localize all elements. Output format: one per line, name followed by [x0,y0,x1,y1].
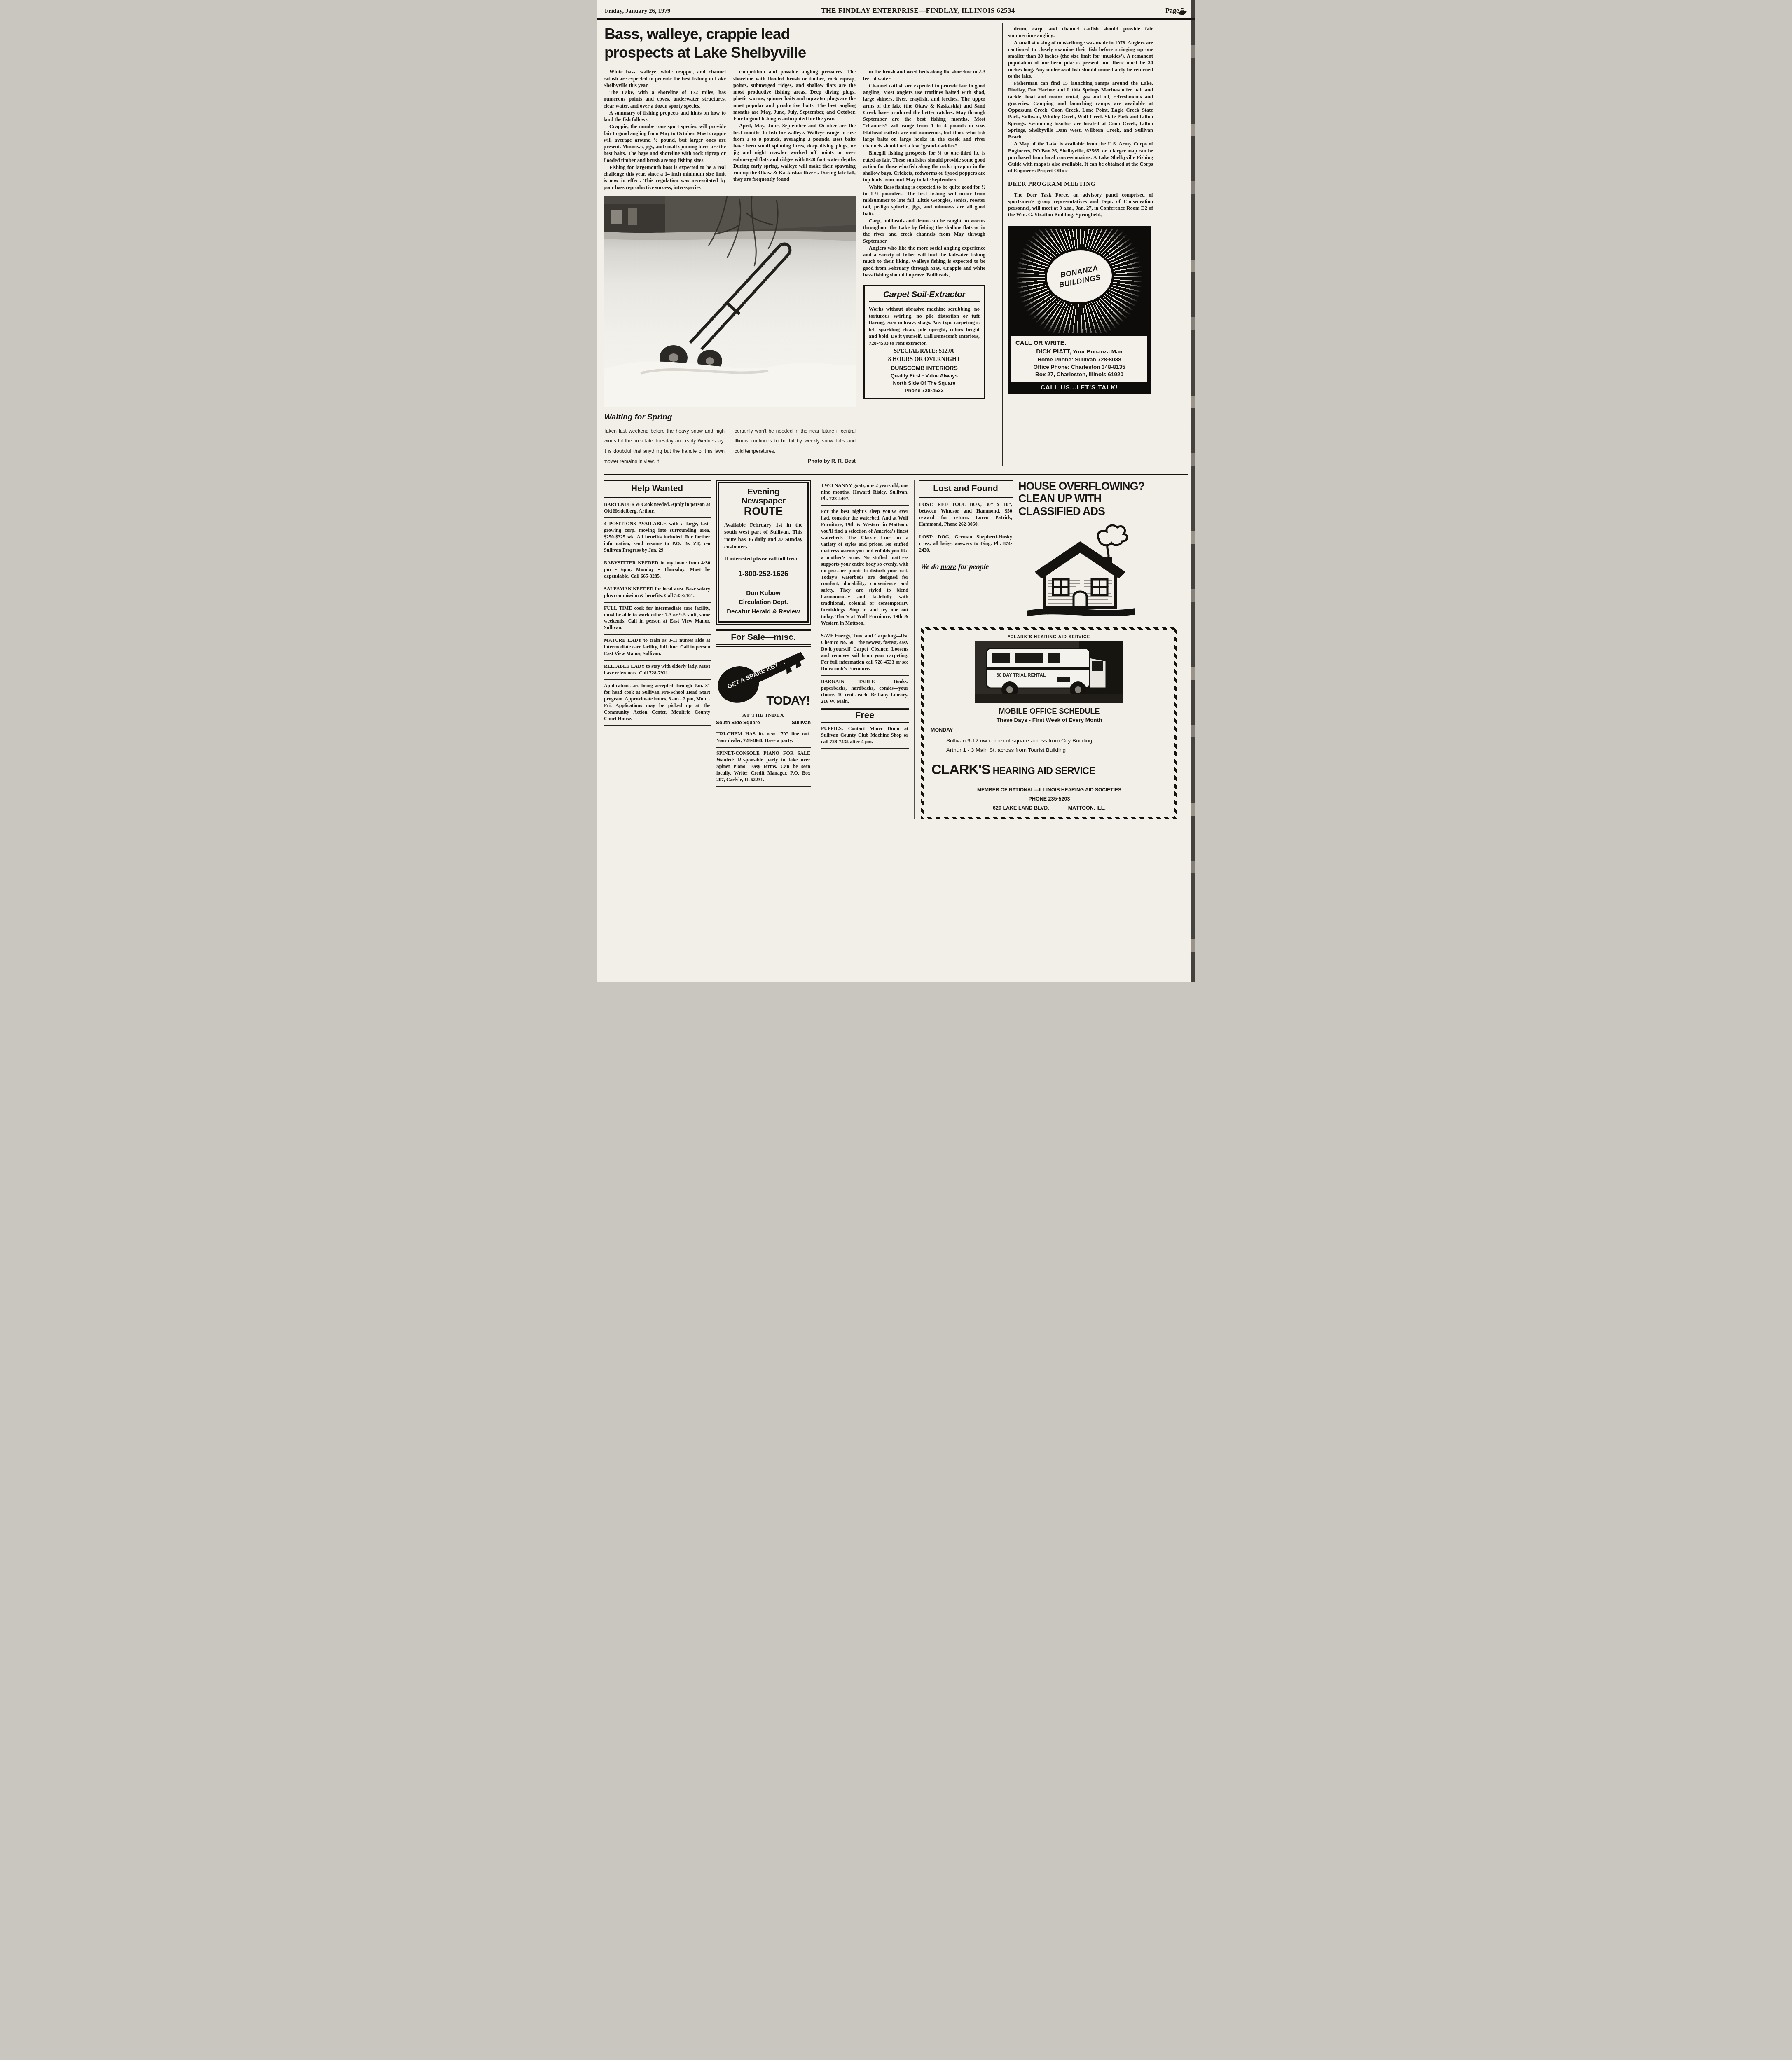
paragraph: The Lake, with a shoreline of 172 miles,… [604,89,726,109]
help-wanted-header: Help Wanted [604,480,711,498]
classified-ad: FULL TIME cook for intermediate care fac… [604,603,711,635]
clarks-schedule-subtitle: These Days - First Week of Every Month [931,717,1168,723]
classified-right-group: Lost and Found LOST: RED TOOL BOX, 30” x… [914,480,1188,819]
free-section-header: Free [821,709,909,723]
mobile-office-van-icon: 30 DAY TRIAL RENTAL [975,641,1123,703]
classified-ad: SPINET-CONSOLE PIANO FOR SALE Wanted: Re… [716,748,811,787]
bonanza-contact-box: CALL OR WRITE: DICK PIATT, Your Bonanza … [1011,336,1147,382]
carpet-ad-name: DUNSCOMB INTERIORS [869,365,980,371]
classified-ad: LOST: DOG, German Shepherd-Husky cross, … [919,531,1013,557]
paragraph: A small stocking of muskellunge was made… [1008,40,1153,80]
we-do-more-slogan: We do more for people [920,562,1013,571]
article-column-3: in the brush and weed beds along the sho… [863,68,985,466]
clarks-hearing-aid-ad: *CLARK'S HEARING AID SERVICE 30 DAY TRIA… [921,627,1177,819]
newspaper-page: Friday, January 26, 1979 THE FINDLAY ENT… [597,0,1195,982]
bonanza-tagline: CALL US...LET'S TALK! [1011,382,1147,392]
clarks-phone: PHONE 235-5203 [931,796,1168,802]
route-ad-sig-dept: Circulation Dept. [724,598,802,607]
paragraph: Anglers who like the more social angling… [863,245,985,278]
slogan-more: more [940,562,957,571]
clarks-van-label: *CLARK'S HEARING AID SERVICE [931,634,1168,639]
bonanza-home-phone: Home Phone: Sullivan 728-8088 [1015,356,1143,363]
carpet-soil-extractor-ad: Carpet Soil-Extractor Works without abra… [863,285,985,399]
for-sale-column: Evening Newspaper ROUTE Available Februa… [716,480,811,819]
paragraph: White Bass fishing is expected to be qui… [863,184,985,217]
classified-ad: 4 POSITIONS AVAILABLE with a large, fast… [604,518,711,557]
clarks-name-rest: HEARING AID SERVICE [990,765,1095,776]
lost-and-found-column: Lost and Found LOST: RED TOOL BOX, 30” x… [919,480,1013,622]
paragraph: Fisherman can find 15 launching ramps ar… [1008,80,1153,140]
spare-key-ad: GET A SPARE KEY . . TODAY! [716,649,811,710]
house-ad-line3: CLASSIFIED ADS [1018,505,1188,517]
caption-right-text: certainly won't be needed in the near fu… [735,428,856,454]
house-overflowing-ad: HOUSE OVERFLOWING? CLEAN UP WITH CLASSIF… [1018,480,1188,622]
bonanza-name: DICK PIATT, [1036,348,1071,355]
slogan-post: for people [956,562,990,571]
deer-meeting-body: The Deer Task Force, an advisory panel c… [1008,192,1153,218]
article-left-pair: White bass, walleye, white crappie, and … [604,68,856,466]
clarks-schedule-item: Sullivan 9-12 nw corner of square across… [946,736,1168,746]
bonanza-name-rest: Your Bonanza Man [1071,349,1123,355]
route-ad-body2: If interested please call toll free: [724,555,802,562]
classified-ad: PUPPIES: Contact Miner Dunn at Sullivan … [821,723,909,749]
paragraph: April, May, June, September and October … [733,122,856,183]
clarks-schedule-item: Arthur 1 - 3 Main St. across from Touris… [946,746,1168,755]
help-wanted-column: Help Wanted BARTENDER & Cook needed. App… [604,480,711,819]
classified-ad: RELIABLE LADY to stay with elderly lady.… [604,661,711,680]
route-ad-title1: Evening Newspaper [724,487,802,506]
paragraph: Channel catfish are expected to provide … [863,82,985,150]
classified-ad: SALESMAN NEEDED for local area. Base sal… [604,583,711,603]
clarks-schedule-day: MONDAY [931,727,1168,733]
carpet-ad-rate: SPECIAL RATE: $12.00 [869,348,980,355]
classified-ad: LOST: RED TOOL BOX, 30” x 10”, between W… [919,499,1013,531]
bonanza-office-phone: Office Phone: Charleston 348-8135 [1015,364,1143,370]
paragraph: in the brush and weed beds along the sho… [863,68,985,82]
route-ad-signature: Don Kubow Circulation Dept. Decatur Hera… [724,589,802,617]
clarks-address-row: 620 LAKE LAND BLVD. MATTOON, ILL. [931,805,1168,811]
route-ad-sig-name: Don Kubow [724,589,802,598]
classified-ad: MATURE LADY to train as 3-11 nurses aide… [604,635,711,661]
paragraph: Crappie, the number one sport species, w… [604,123,726,164]
classified-ad: Applications are being accepted through … [604,680,711,726]
paragraph: A summary of fishing propects and hints … [604,110,726,123]
bonanza-box-address: Box 27, Charleston, Illinois 61920 [1015,371,1143,377]
classified-ad: TWO NANNY goats, one 2 years old, one ni… [821,480,909,506]
paragraph: A Map of the Lake is available from the … [1008,140,1153,174]
photo-block: Waiting for Spring Taken last weekend be… [604,196,856,466]
house-ad-line2: CLEAN UP WITH [1018,492,1188,505]
photo-credit: Photo by R. R. Best [735,458,856,464]
article-column-1: White bass, walleye, white crappie, and … [604,68,726,191]
classified-section: Help Wanted BARTENDER & Cook needed. App… [604,474,1188,819]
bonanza-logo-oval: BONANZA BUILDINGS [1043,246,1116,307]
carpet-ad-body: Works without abrasive machine scrubbing… [869,306,980,346]
article-headline: Bass, walleye, crappie lead prospects at… [604,25,996,62]
photo-caption: Taken last weekend before the heavy snow… [604,426,856,466]
key-ad-address-row: South Side Square Sullivan [716,719,811,728]
route-ad-body1: Available February 1st in the south west… [724,521,802,550]
clarks-business-name: CLARK'S HEARING AID SERVICE [931,762,1168,778]
bonanza-call-or-write: CALL OR WRITE: [1015,339,1143,346]
route-ad-title2: ROUTE [724,506,802,518]
starburst-graphic: BONANZA BUILDINGS [1011,229,1147,333]
lost-and-found-header: Lost and Found [919,480,1013,498]
key-ad-address-left: South Side Square [716,720,760,726]
headline-line-1: Bass, walleye, crappie lead [604,26,790,42]
classified-ad: BABYSITTER NEEDED in my home from 4:30 p… [604,557,711,583]
lead-article: Bass, walleye, crappie lead prospects at… [597,20,1195,466]
article-columns: White bass, walleye, white crappie, and … [604,68,996,466]
key-ad-address-right: Sullivan [792,720,811,726]
paragraph: competition and possible angling pressur… [733,68,856,122]
carpet-ad-line3: Phone 728-4533 [869,388,980,393]
caption-left: Taken last weekend before the heavy snow… [604,426,725,466]
paragraph: Bluegill fishing prospects for ¼ to one-… [863,150,985,183]
deer-meeting-heading: DEER PROGRAM MEETING [1008,181,1153,188]
for-sale-header: For Sale—misc. [716,629,811,647]
headline-line-2: prospects at Lake Shelbyville [604,44,806,61]
classified-ad: BARTENDER & Cook needed. Apply in person… [604,499,711,518]
route-ad-sig-paper: Decatur Herald & Review [724,607,802,617]
scan-edge-artifact [1191,0,1195,982]
clarks-schedule-title: MOBILE OFFICE SCHEDULE [931,707,1168,716]
bonanza-buildings-ad: BONANZA BUILDINGS CALL OR WRITE: DICK PI… [1008,226,1151,394]
masthead: Friday, January 26, 1979 THE FINDLAY ENT… [597,0,1195,20]
clarks-name-big: CLARK'S [931,762,990,777]
clarks-membership-line: MEMBER OF NATIONAL—ILLINOIS HEARING AID … [931,787,1168,793]
paragraph: Fishing for largemouth bass is expected … [604,164,726,191]
paragraph: Carp, bullheads and drum can be caught o… [863,218,985,244]
slogan-pre: We do [920,562,941,571]
classified-ad: SAVE Energy, Time and Carpeting—Use Chem… [821,630,909,676]
newspaper-house-icon [1018,517,1142,620]
clarks-city: MATTOON, ILL. [1068,805,1106,811]
key-ad-location: AT THE INDEX [716,712,811,719]
caption-right: certainly won't be needed in the near fu… [735,426,856,466]
bonanza-contact-name: DICK PIATT, Your Bonanza Man [1015,348,1143,355]
clarks-street: 620 LAKE LAND BLVD. [993,805,1049,811]
article-column-4: drum, carp, and channel catfish should p… [1002,23,1153,466]
classified-ad: For the best night's sleep you've ever h… [821,506,909,630]
issue-date: Friday, January 26, 1979 [605,8,671,15]
carpet-ad-line1: Quality First - Value Always [869,373,980,379]
misc-ads-column: TWO NANNY goats, one 2 years old, one ni… [816,480,909,819]
newspaper-title: THE FINDLAY ENTERPRISE—FINDLAY, ILLINOIS… [821,7,1015,15]
classified-ad: BARGAIN TABLE— Books: paperbacks, hardba… [821,676,909,709]
article-column-2: competition and possible angling pressur… [733,68,856,191]
carpet-ad-line2: North Side Of The Square [869,380,980,386]
classified-ad: TRI-CHEM HAS its new “79” line out. Your… [716,728,811,748]
waiting-for-spring-photo [604,196,856,407]
photo-caption-title: Waiting for Spring [604,413,856,422]
house-ad-line1: HOUSE OVERFLOWING? [1018,480,1188,492]
carpet-ad-hours: 8 HOURS OR OVERNIGHT [869,356,980,363]
paragraph: drum, carp, and channel catfish should p… [1008,26,1153,39]
newspaper-route-ad: Evening Newspaper ROUTE Available Februa… [716,480,811,625]
paragraph: White bass, walleye, white crappie, and … [604,68,726,89]
carpet-ad-title: Carpet Soil-Extractor [869,290,980,302]
key-ad-today: TODAY! [766,694,810,708]
article-left-block: Bass, walleye, crappie lead prospects at… [604,23,996,466]
svg-text:30 DAY TRIAL RENTAL: 30 DAY TRIAL RENTAL [997,673,1046,678]
route-ad-phone: 1-800-252-1626 [724,570,802,578]
lawn-mower-in-snow-illustration [604,196,856,407]
